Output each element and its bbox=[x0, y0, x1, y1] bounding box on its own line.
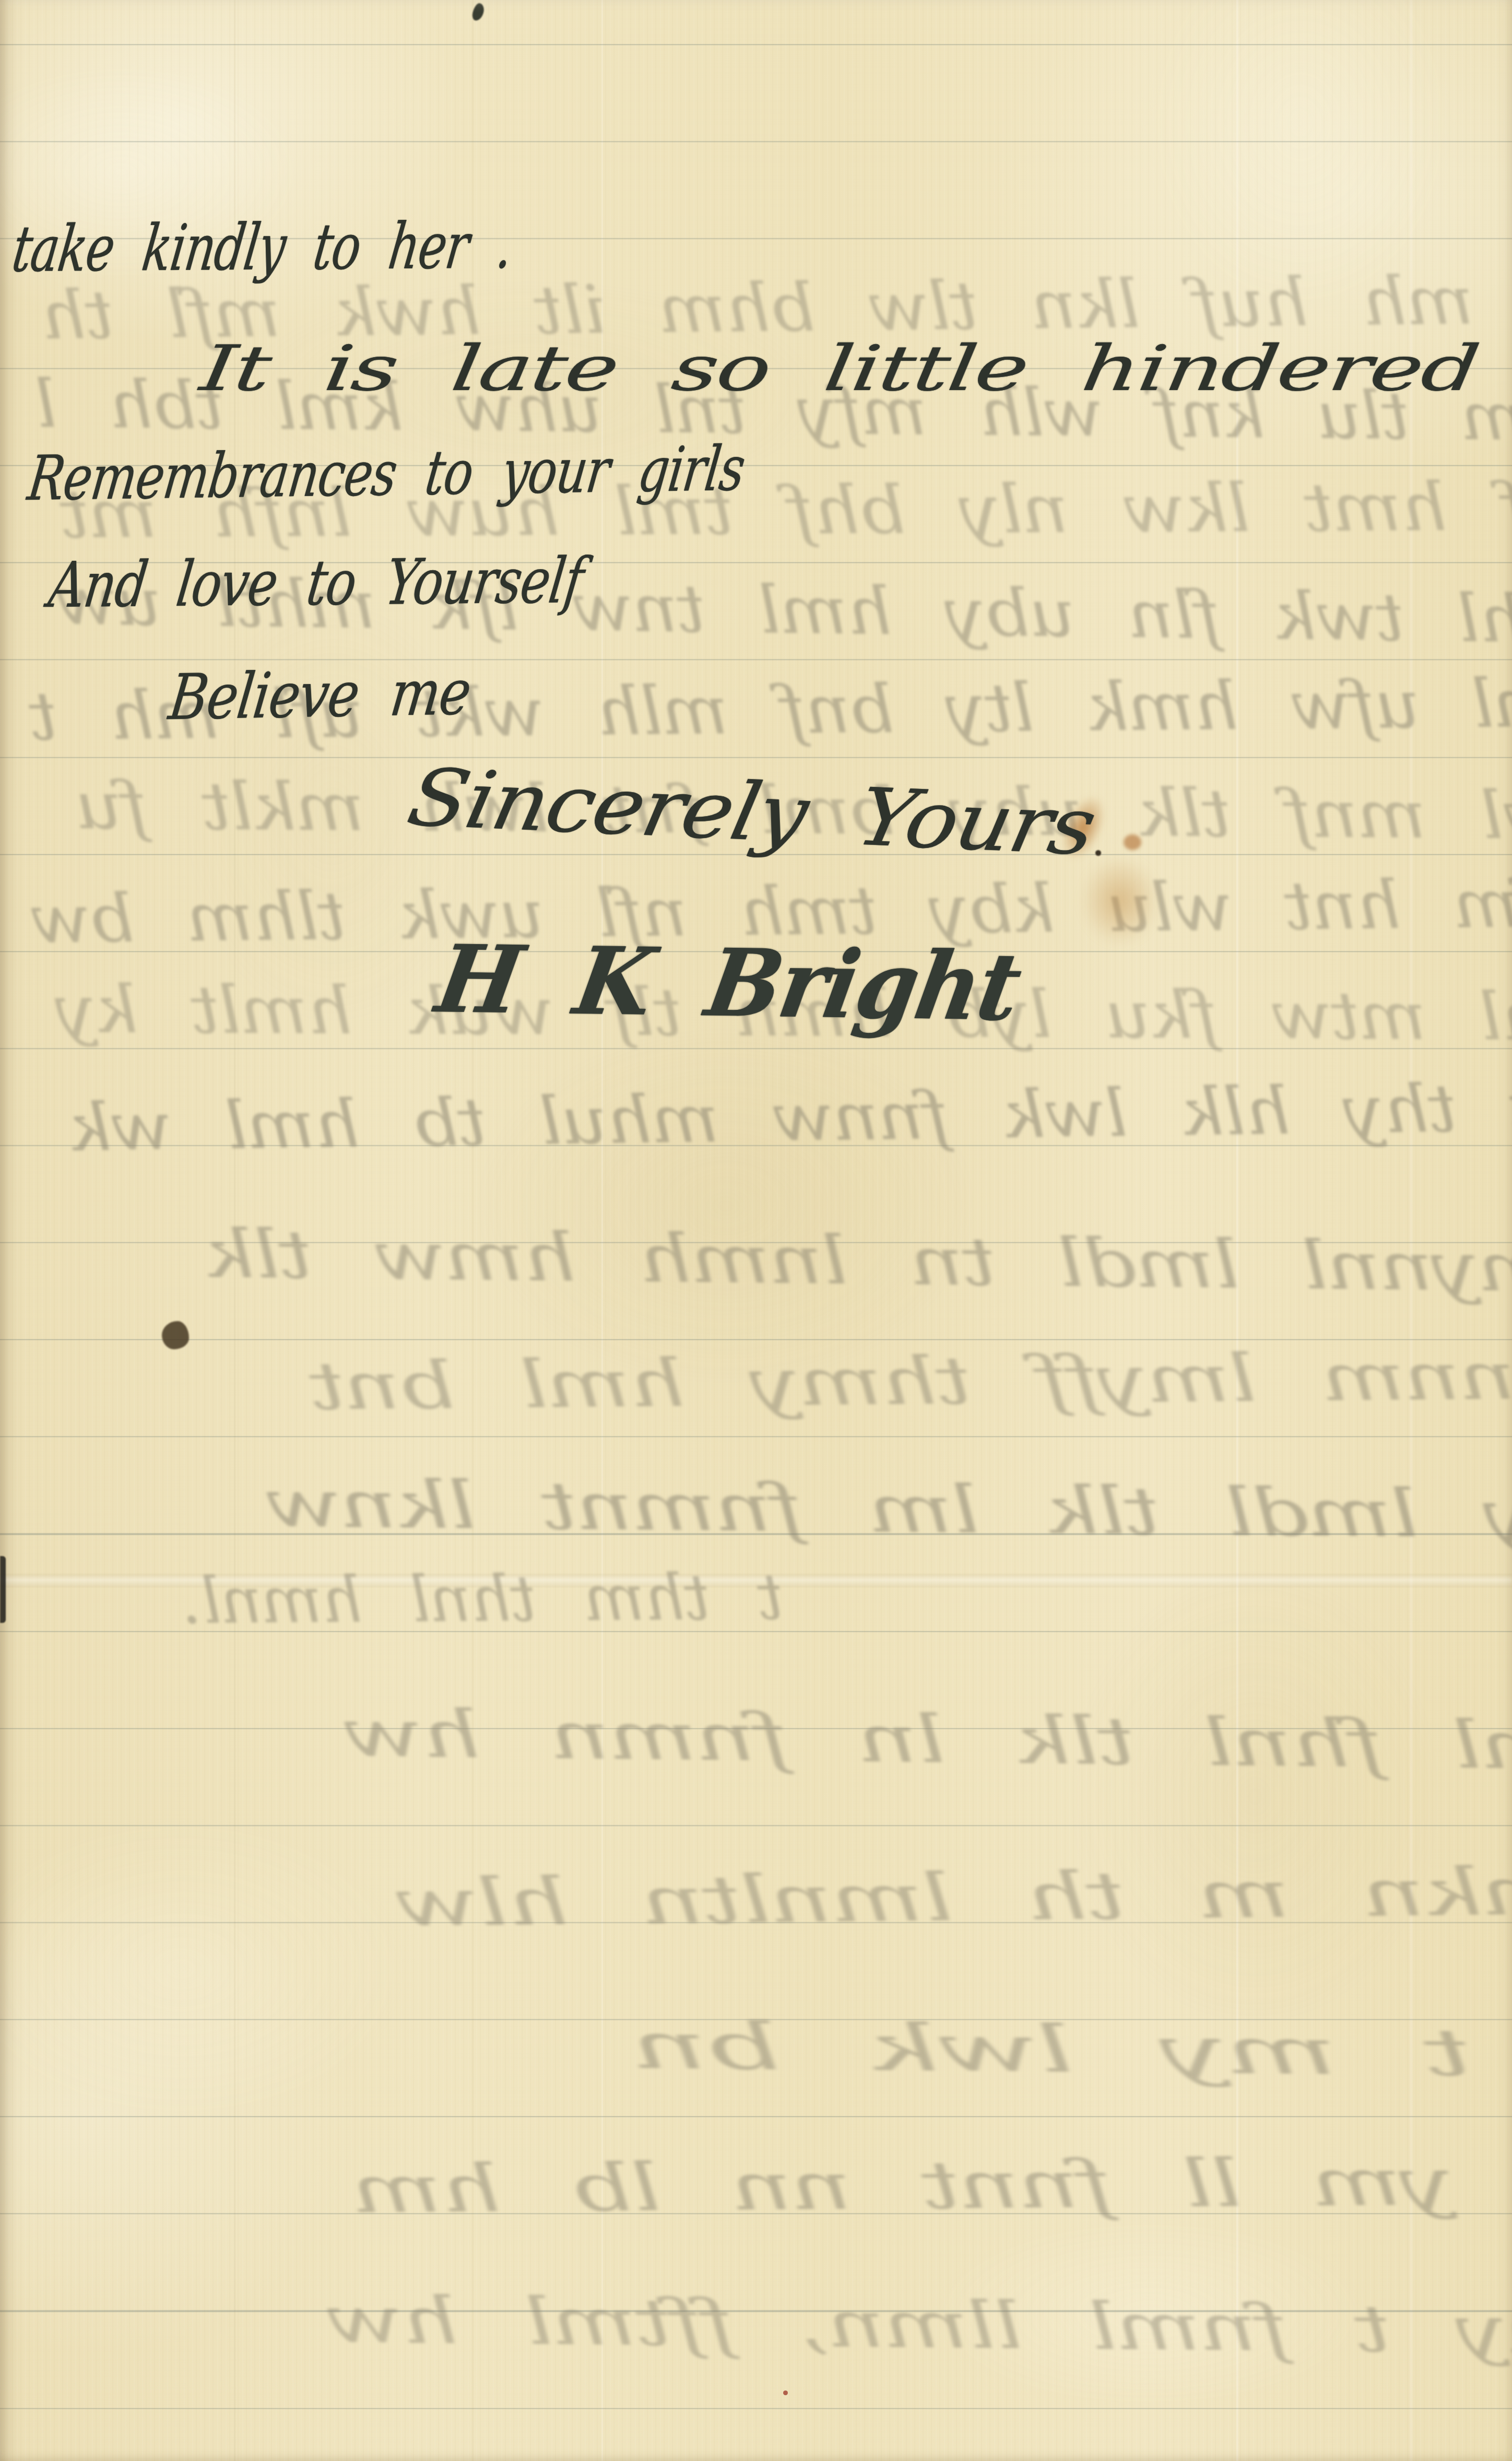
letter-line: Believe me bbox=[166, 664, 424, 728]
bleed-line: bt thy hlk lwk fnnw mhul tb hml wk bbox=[0, 1076, 1512, 1161]
letter-line: take kindly to her . bbox=[9, 217, 386, 280]
ink-blot bbox=[162, 1321, 189, 1349]
letter-line: And love to Yourself bbox=[45, 552, 473, 616]
letter-line: Remembrances to your girls bbox=[25, 441, 588, 508]
letter-line: It is late so little hindered bbox=[197, 339, 1512, 399]
bleed-line: bhmynnl lmdl tn lnmh hmw tlk bbox=[0, 1219, 1512, 1301]
red-speck bbox=[783, 2391, 788, 2395]
signature: H K Bright bbox=[431, 935, 990, 1030]
rust-stain bbox=[1081, 856, 1159, 945]
left-edge-mark bbox=[0, 1556, 6, 1623]
letter-page: lt mh huf lkn tlw bhm ilt hwk mfl th hm … bbox=[0, 0, 1512, 2461]
bleed-line: thn nl ym ll fnnt nn lb hm bbox=[0, 2148, 1512, 2226]
bleed-line: t thm thnl hmnl. bbox=[172, 1567, 784, 1632]
